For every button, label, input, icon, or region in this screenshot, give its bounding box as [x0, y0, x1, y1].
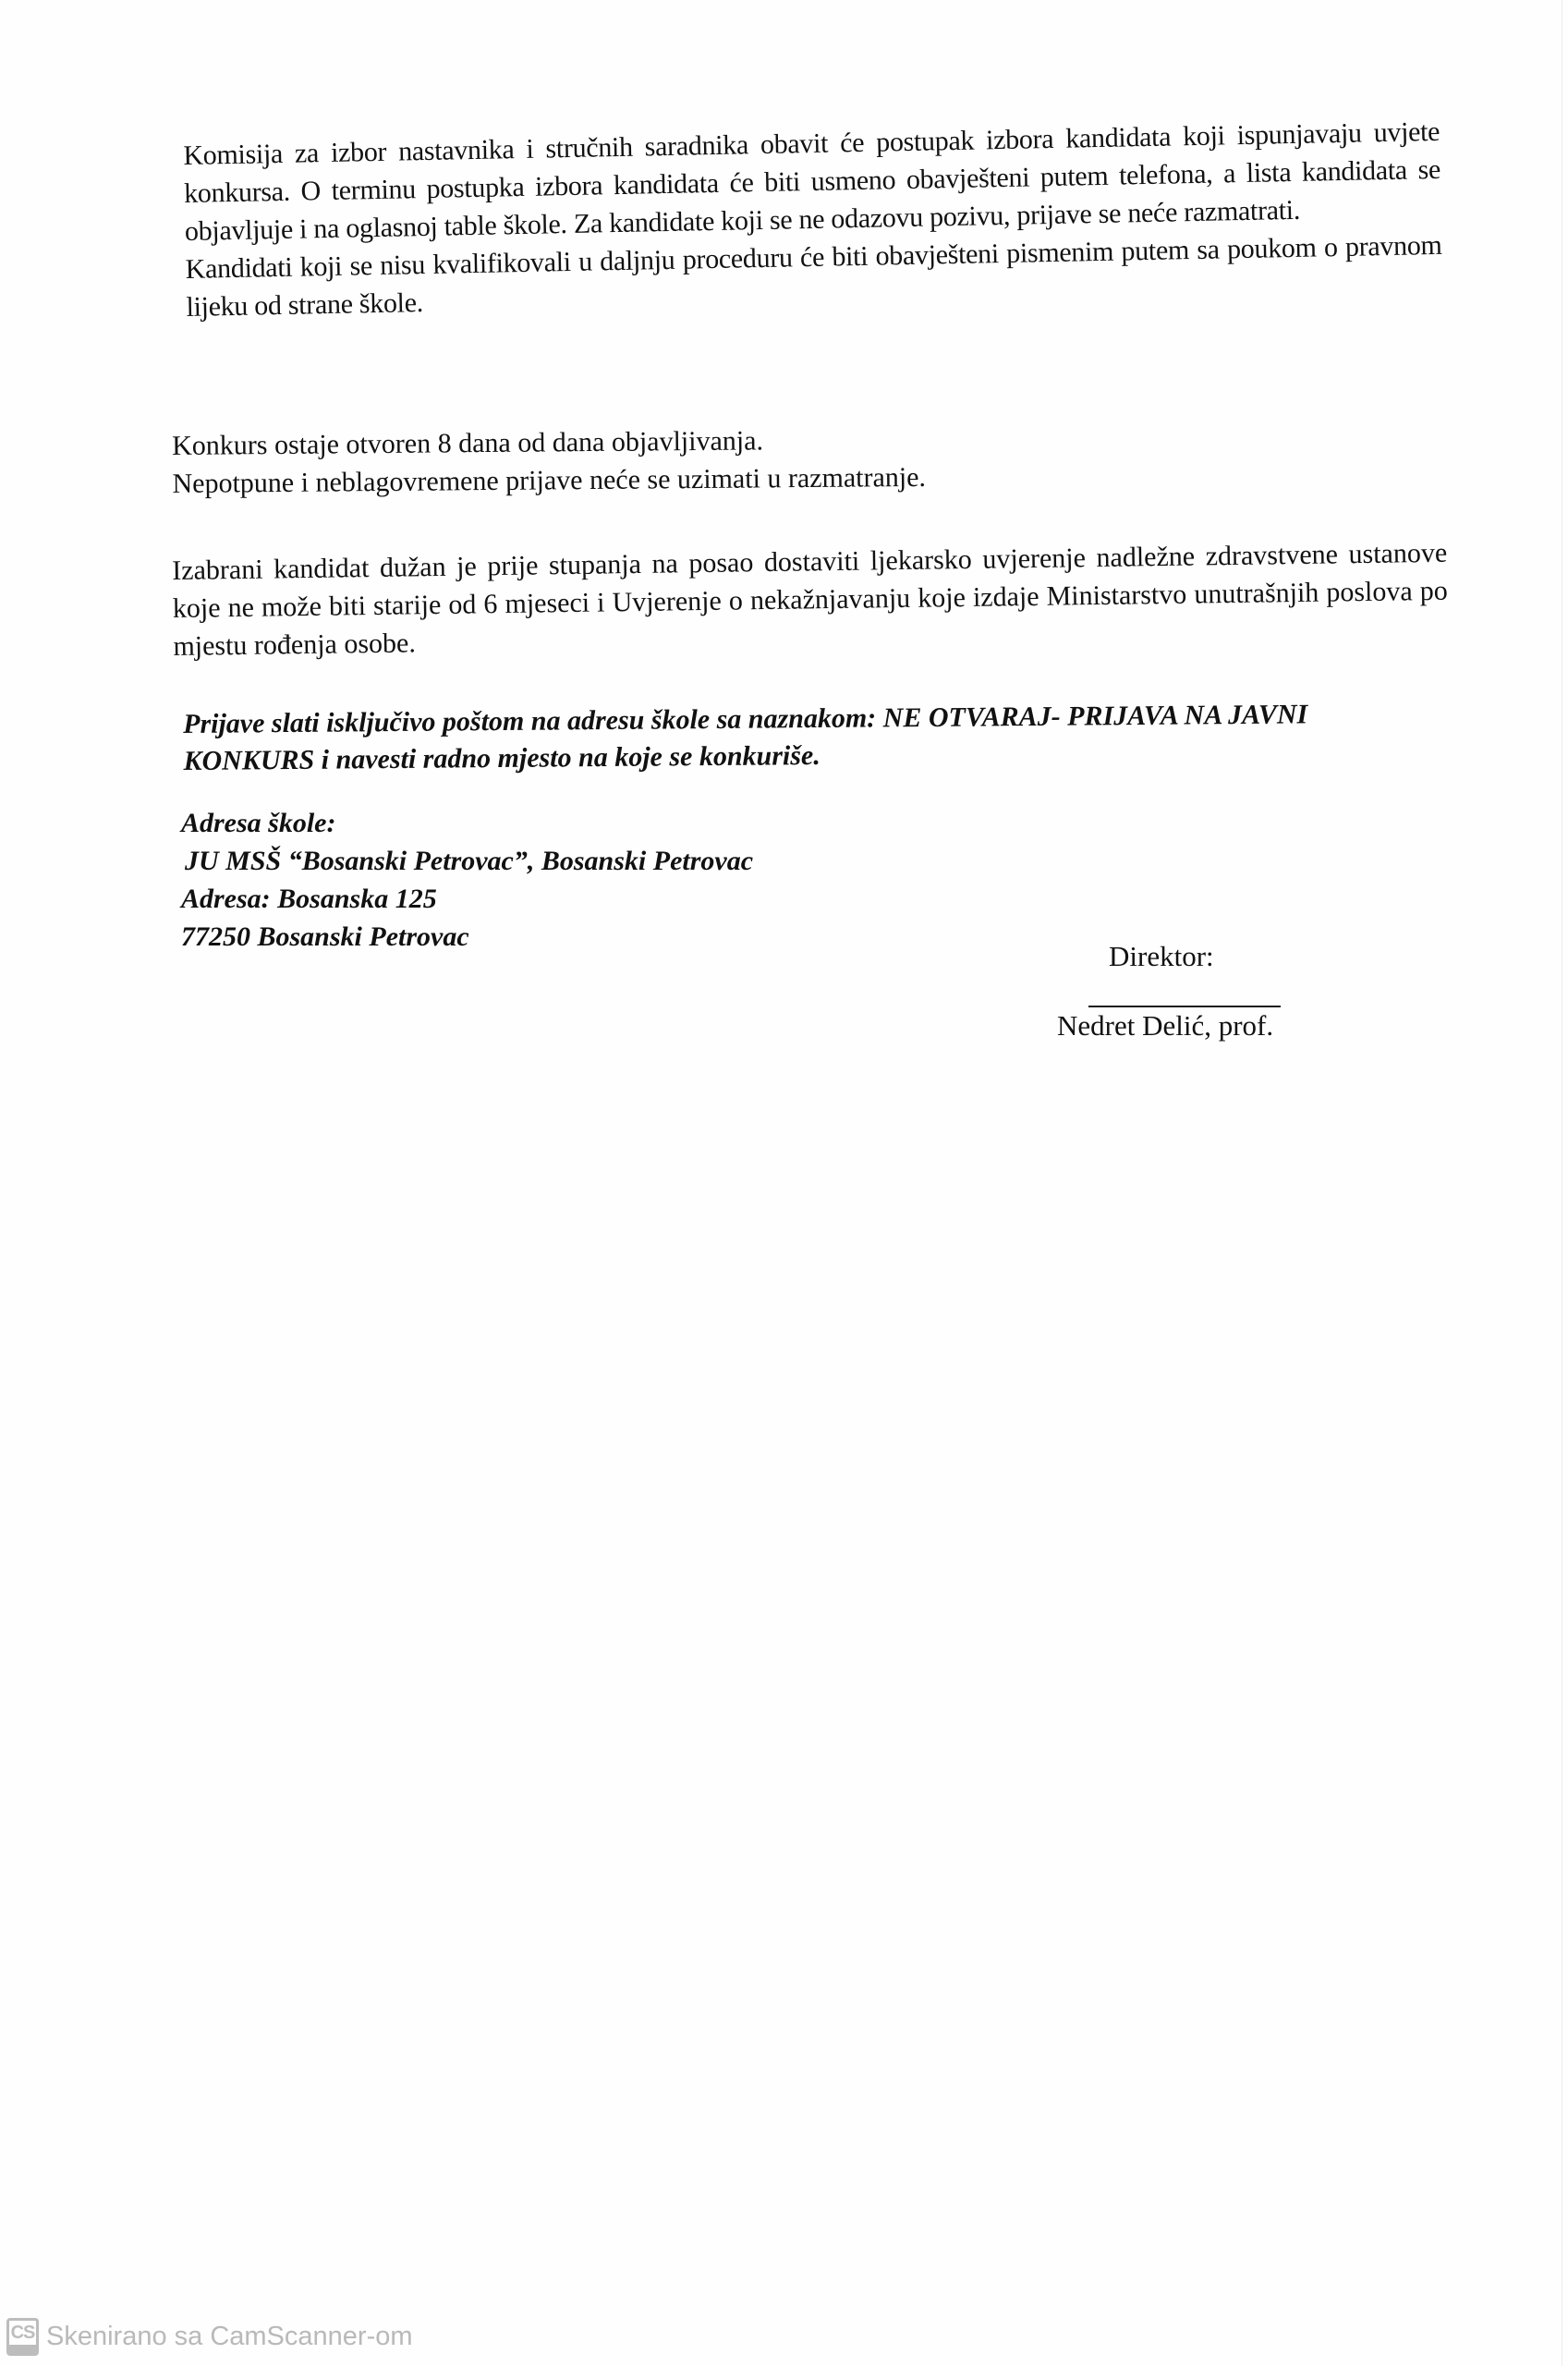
- scanned-page: Komisija za izbor nastavnika i stručnih …: [0, 0, 1568, 2366]
- signatory-name: Nedret Delić, prof.: [1057, 1007, 1329, 1044]
- submission-notice: Prijave slati isključivo poštom na adres…: [183, 695, 1422, 780]
- competition-duration-paragraph: Konkurs ostaje otvoren 8 dana od dana ob…: [172, 419, 1097, 503]
- address-street: Adresa: Bosanska 125: [181, 880, 753, 918]
- address-label: Adresa škole:: [181, 804, 753, 842]
- address-institution: JU MSŠ “Bosanski Petrovac”, Bosanski Pet…: [181, 842, 753, 880]
- camscanner-watermark: CS Skenirano sa CamScanner-om: [6, 2318, 413, 2356]
- signature-block: Direktor: Nedret Delić, prof.: [1051, 938, 1329, 1044]
- required-documents-text: Izabrani kandidat dužan je prije stupanj…: [172, 534, 1449, 665]
- required-documents-paragraph: Izabrani kandidat dužan je prije stupanj…: [172, 534, 1449, 665]
- incomplete-applications-text: Nepotpune i neblagovremene prijave neće …: [172, 457, 1096, 503]
- watermark-text: Skenirano sa CamScanner-om: [46, 2322, 413, 2352]
- school-address: Adresa škole: JU MSŠ “Bosanski Petrovac”…: [181, 804, 753, 956]
- camscanner-logo-icon: CS: [6, 2318, 39, 2356]
- page-edge-line: [1562, 0, 1562, 2366]
- submission-notice-text: Prijave slati isključivo poštom na adres…: [183, 695, 1422, 780]
- signature-title: Direktor:: [1109, 938, 1329, 975]
- selection-committee-paragraph: Komisija za izbor nastavnika i stručnih …: [183, 113, 1443, 326]
- address-city: 77250 Bosanski Petrovac: [181, 918, 753, 956]
